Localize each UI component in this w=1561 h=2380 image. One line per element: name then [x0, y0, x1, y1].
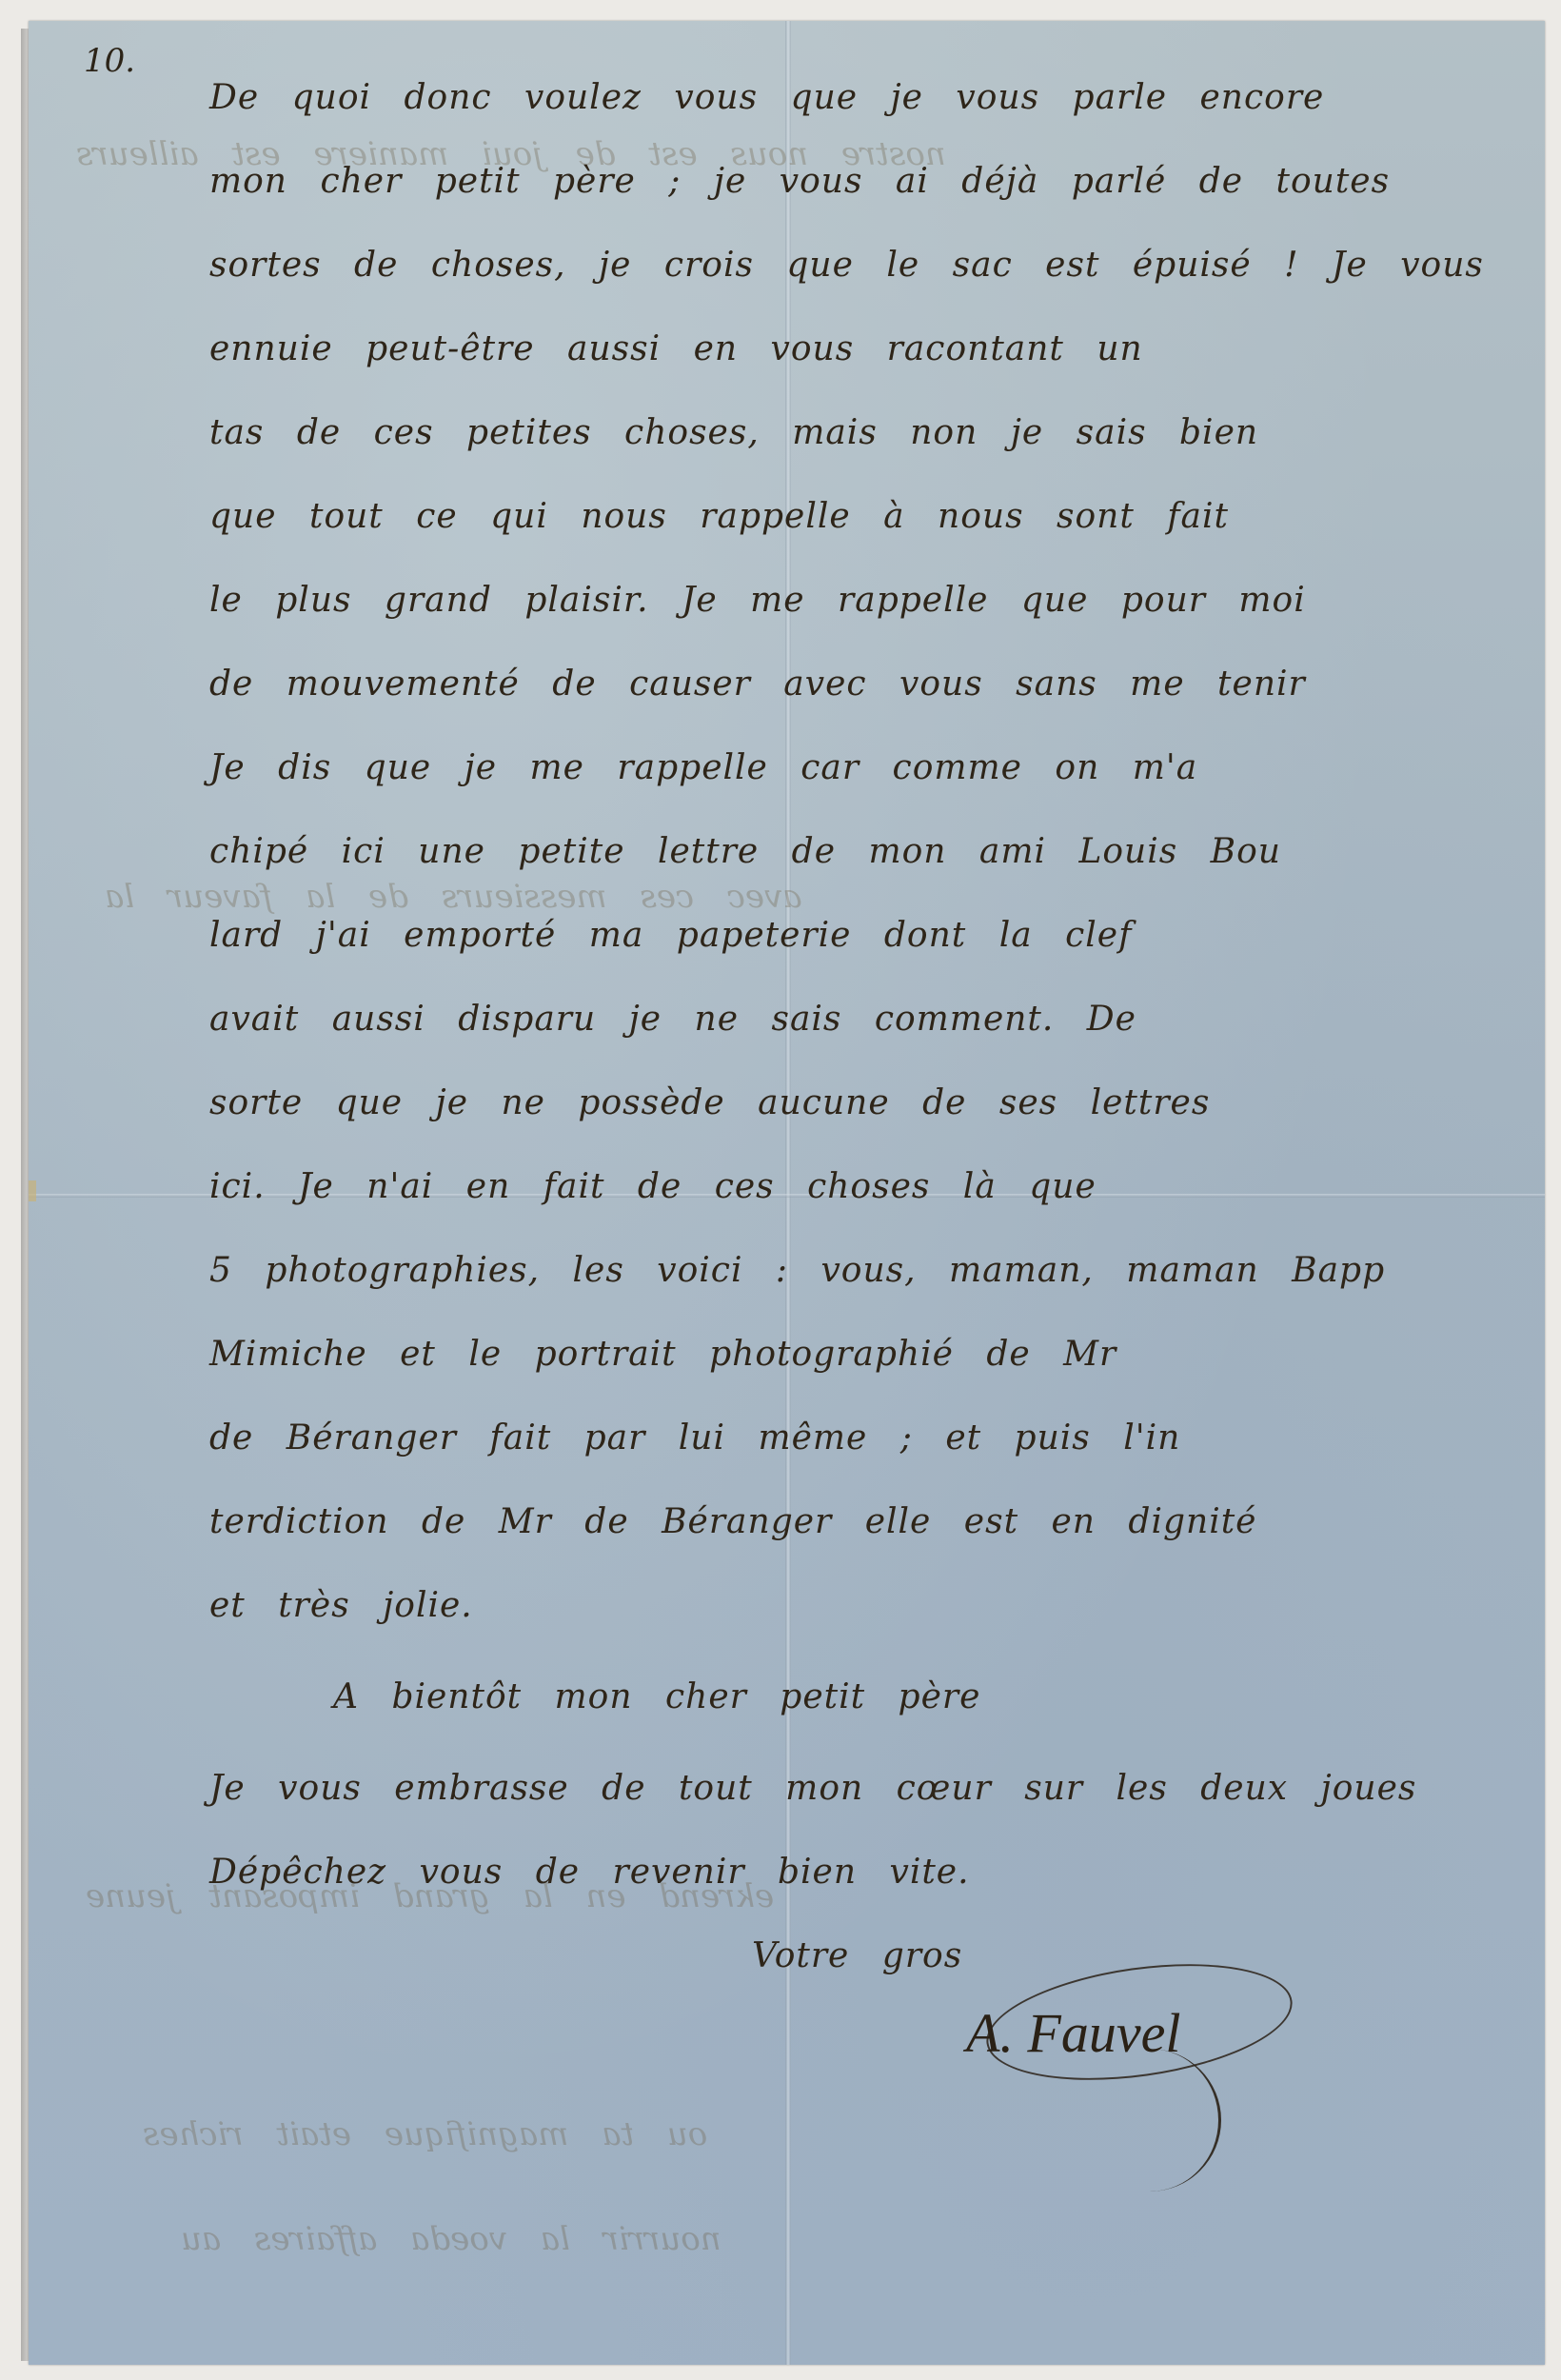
- show-through-text: avec ces messieurs de la faveur la: [105, 878, 801, 916]
- signature: A. Fauvel: [966, 2001, 1180, 2065]
- letter-line: lard j'ai emporté ma papeterie dont la c…: [209, 916, 1132, 955]
- letter-line: Mimiche et le portrait photographié de M…: [209, 1335, 1116, 1374]
- closing-line: Dépêchez vous de revenir bien vite.: [209, 1853, 970, 1892]
- letter-line: terdiction de Mr de Béranger elle est en…: [209, 1502, 1256, 1541]
- closing-line: Je vous embrasse de tout mon cœur sur le…: [209, 1769, 1416, 1808]
- letter-line: et très jolie.: [209, 1586, 473, 1625]
- letter-line: sortes de choses, je crois que le sac es…: [209, 246, 1484, 285]
- letter-line: de Béranger fait par lui même ; et puis …: [209, 1418, 1180, 1458]
- signature-tail-flourish: [1142, 2049, 1221, 2192]
- letter-line: chipé ici une petite lettre de mon ami L…: [209, 832, 1281, 871]
- letter-line: mon cher petit père ; je vous ai déjà pa…: [209, 162, 1390, 201]
- letter-line: Je dis que je me rappelle car comme on m…: [209, 748, 1197, 787]
- letter-line: avait aussi disparu je ne sais comment. …: [209, 1000, 1136, 1039]
- letter-line: sorte que je ne possède aucune de ses le…: [209, 1083, 1210, 1122]
- letter-line: De quoi donc voulez vous que je vous par…: [209, 78, 1324, 117]
- valediction: Votre gros: [752, 1936, 962, 1975]
- letter-line: de mouvementé de causer avec vous sans m…: [209, 664, 1306, 704]
- closing-line: A bientôt mon cher petit père: [333, 1677, 980, 1716]
- show-through-text: nourrir la voeda affaires au: [181, 2220, 721, 2258]
- letter-line: ici. Je n'ai en fait de ces choses là qu…: [209, 1167, 1097, 1206]
- edge-stain: [29, 1180, 36, 1201]
- page-number: 10.: [84, 42, 135, 80]
- letter-line: le plus grand plaisir. Je me rappelle qu…: [209, 581, 1306, 620]
- letter-page: 10. nostre nous est de joui maniere est …: [29, 21, 1545, 2365]
- letter-line: que tout ce qui nous rappelle à nous son…: [209, 497, 1229, 536]
- show-through-text: ou ta magnifique etait riches: [143, 2115, 707, 2153]
- letter-line: ennuie peut-être aussi en vous racontant…: [209, 329, 1143, 368]
- letter-line: tas de ces petites choses, mais non je s…: [209, 413, 1258, 452]
- letter-line: 5 photographies, les voici : vous, maman…: [209, 1251, 1385, 1290]
